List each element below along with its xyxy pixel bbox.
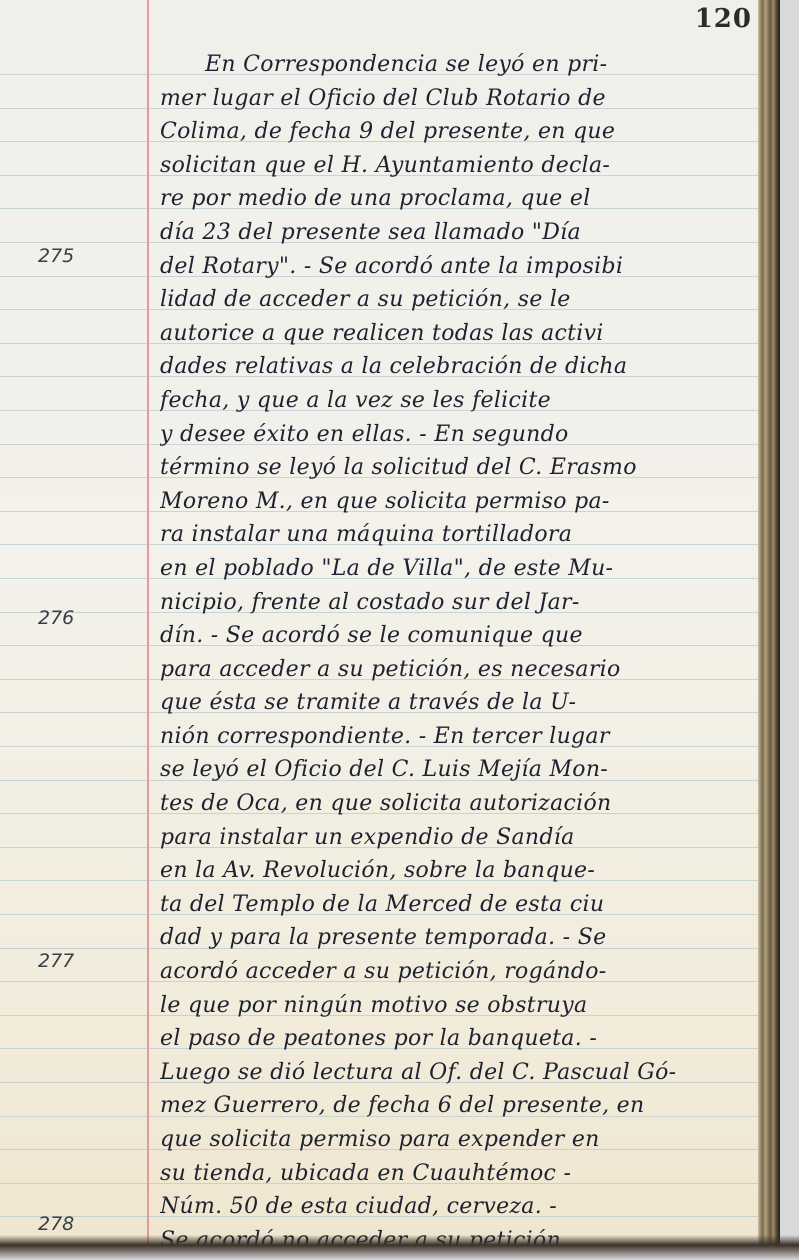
handwritten-line: que ésta se tramite a través de la U- [160, 686, 756, 720]
handwritten-minutes: En Correspondencia se leyó en pri-mer lu… [160, 48, 756, 1250]
handwritten-line: para instalar un expendio de Sandía [160, 821, 756, 855]
handwritten-line: re por medio de una proclama, que el [160, 182, 756, 216]
handwritten-line: fecha, y que a la vez se les felicite [160, 384, 756, 418]
handwritten-line: nicipio, frente al costado sur del Jar- [160, 586, 756, 620]
handwritten-line: acordó acceder a su petición, rogándo- [160, 955, 756, 989]
handwritten-line: dades relativas a la celebración de dich… [160, 350, 756, 384]
handwritten-line: Moreno M., en que solicita permiso pa- [160, 485, 756, 519]
handwritten-line: se leyó el Oficio del C. Luis Mejía Mon- [160, 753, 756, 787]
handwritten-line: ra instalar una máquina tortilladora [160, 518, 756, 552]
handwritten-line: dad y para la presente temporada. - Se [160, 921, 756, 955]
margin-entry-number: 276 [38, 607, 74, 629]
handwritten-line: dín. - Se acordó se le comunique que [160, 619, 756, 653]
handwritten-line: mer lugar el Oficio del Club Rotario de [160, 82, 756, 116]
margin-entry-number: 277 [38, 950, 74, 972]
ledger-page: 120 275276277278 En Correspondencia se l… [0, 0, 780, 1250]
book-spine [758, 0, 780, 1250]
handwritten-line: el paso de peatones por la banqueta. - [160, 1022, 756, 1056]
page-bottom-edge [0, 1235, 799, 1260]
handwritten-line: le que por ningún motivo se obstruya [160, 989, 756, 1023]
handwritten-line: en la Av. Revolución, sobre la banque- [160, 854, 756, 888]
handwritten-line: Colima, de fecha 9 del presente, en que [160, 115, 756, 149]
handwritten-line: término se leyó la solicitud del C. Eras… [160, 451, 756, 485]
handwritten-line: del Rotary". - Se acordó ante la imposib… [160, 250, 756, 284]
handwritten-line: solicitan que el H. Ayuntamiento decla- [160, 149, 756, 183]
handwritten-line: autorice a que realicen todas las activi [160, 317, 756, 351]
handwritten-line: En Correspondencia se leyó en pri- [160, 48, 756, 82]
handwritten-line: lidad de acceder a su petición, se le [160, 283, 756, 317]
handwritten-line: mez Guerrero, de fecha 6 del presente, e… [160, 1089, 756, 1123]
handwritten-line: para acceder a su petición, es necesario [160, 653, 756, 687]
margin-entry-number: 278 [38, 1213, 74, 1235]
margin-line [147, 0, 149, 1250]
handwritten-line: nión correspondiente. - En tercer lugar [160, 720, 756, 754]
handwritten-line: ta del Templo de la Merced de esta ciu [160, 888, 756, 922]
handwritten-line: tes de Oca, en que solicita autorización [160, 787, 756, 821]
handwritten-line: día 23 del presente sea llamado "Día [160, 216, 756, 250]
page-number: 120 [695, 4, 752, 34]
handwritten-line: y desee éxito en ellas. - En segundo [160, 418, 756, 452]
handwritten-line: en el poblado "La de Villa", de este Mu- [160, 552, 756, 586]
handwritten-line: su tienda, ubicada en Cuauhtémoc - [160, 1157, 756, 1191]
handwritten-line: Núm. 50 de esta ciudad, cerveza. - [160, 1190, 756, 1224]
margin-entry-number: 275 [38, 245, 74, 267]
handwritten-line: que solicita permiso para expender en [160, 1123, 756, 1157]
handwritten-line: Luego se dió lectura al Of. del C. Pascu… [160, 1056, 756, 1090]
